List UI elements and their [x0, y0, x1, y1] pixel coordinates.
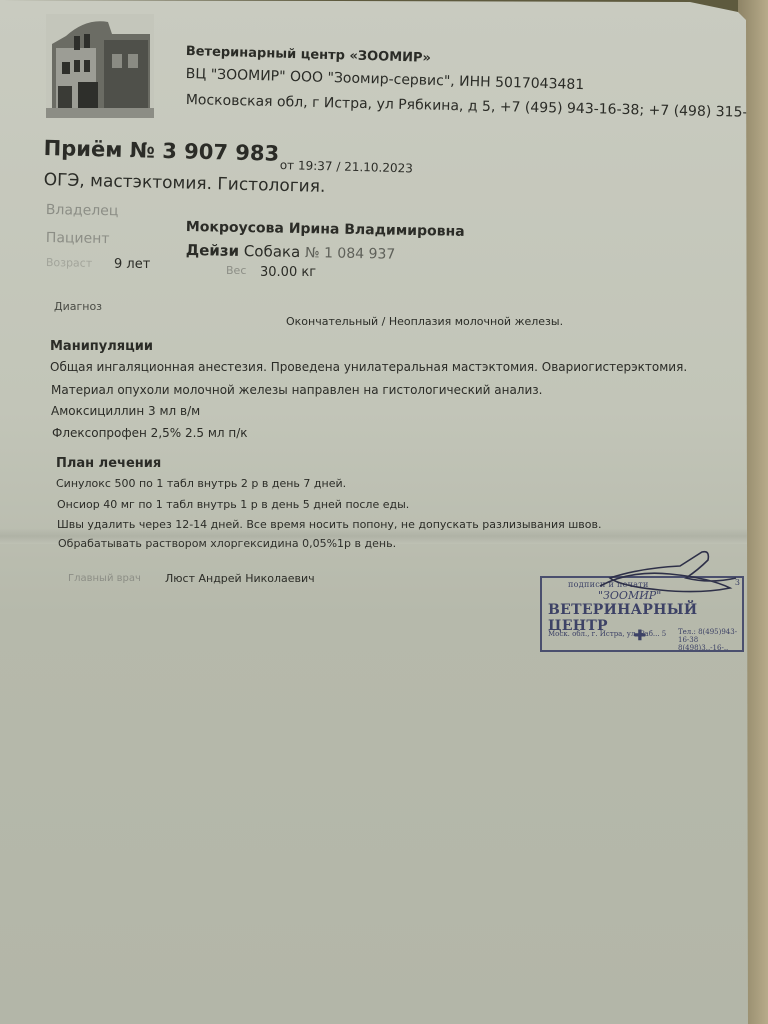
manipulation-line: Флексопрофен 2,5% 2.5 мл п/к	[52, 426, 248, 440]
weight-label: Вес	[226, 264, 246, 277]
owner-name: Мокроусова Ирина Владимировна	[186, 219, 465, 240]
patient-label: Пациент	[46, 230, 110, 247]
visit-procedures: ОГЭ, мастэктомия. Гистология.	[44, 170, 326, 197]
treatment-line: Синулокс 500 по 1 табл внутрь 2 р в день…	[56, 477, 346, 490]
patient-name: Дейзи	[186, 241, 240, 260]
clinic-name: Ветеринарный центр «ЗООМИР»	[186, 44, 432, 66]
weight-value: 30.00 кг	[260, 265, 316, 280]
stamp-address: Моск. обл., г. Истра, ул. Раб... 5	[548, 630, 666, 638]
doctor-name: Люст Андрей Николаевич	[165, 572, 315, 585]
visit-title: Приём № 3 907 983	[43, 136, 279, 166]
age-label: Возраст	[46, 256, 93, 270]
manipulations-heading: Манипуляции	[50, 339, 153, 354]
age-value: 9 лет	[114, 257, 150, 272]
treatment-plan-heading: План лечения	[56, 456, 161, 471]
paper-fold-crease	[0, 528, 750, 544]
clinic-legal-info: ВЦ "ЗООМИР" ООО "Зоомир-сервис", ИНН 501…	[186, 66, 585, 93]
clinic-building-logo-icon	[46, 14, 154, 118]
medical-cross-icon: ✚	[634, 628, 646, 644]
diagnosis-label: Диагноз	[54, 300, 102, 313]
patient-info: Дейзи Собака № 1 084 937	[186, 241, 396, 263]
medical-record-sheet: Ветеринарный центр «ЗООМИР» ВЦ "ЗООМИР" …	[0, 0, 750, 1024]
patient-species: Собака	[244, 242, 301, 261]
visit-datetime: от 19:37 / 21.10.2023	[280, 158, 413, 175]
patient-number: № 1 084 937	[305, 245, 396, 263]
stamp-phone: Тел.: 8(495)943-16-38 8(498)3..-16-..	[678, 628, 742, 652]
owner-label: Владелец	[46, 202, 119, 219]
treatment-line: Онсиор 40 мг по 1 табл внутрь 1 р в день…	[57, 498, 409, 511]
diagnosis-value: Окончательный / Неоплазия молочной желез…	[286, 315, 563, 328]
clinic-address: Московская обл, г Истра, ул Рябкина, д 5…	[186, 92, 768, 122]
manipulation-line: Общая ингаляционная анестезия. Проведена…	[50, 360, 687, 374]
manipulation-line: Материал опухоли молочной железы направл…	[51, 383, 542, 397]
manipulation-line: Амоксициллин 3 мл в/м	[51, 404, 200, 418]
doctor-label: Главный врач	[68, 573, 141, 584]
doctor-signature	[590, 548, 740, 608]
